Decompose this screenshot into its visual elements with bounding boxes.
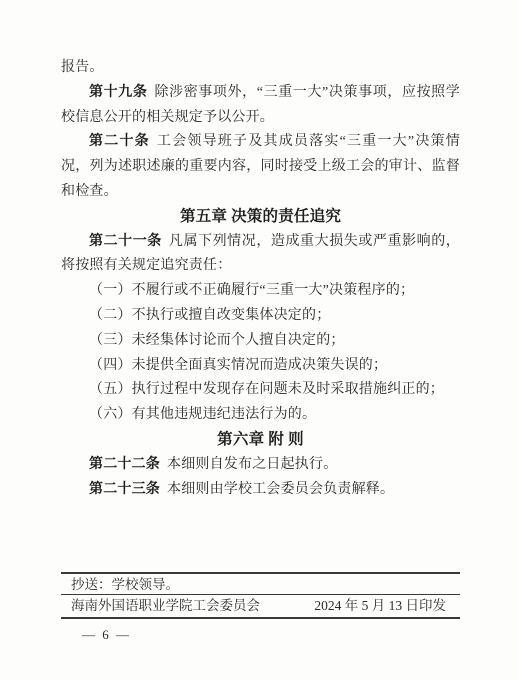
copy-to-row: 抄送：学校领导。 <box>61 574 460 595</box>
paragraph: （五）执行过程中发现存在问题未及时采取措施纠正的； <box>61 378 460 403</box>
page-number: — 6 — <box>82 627 131 643</box>
document-footer: 抄送：学校领导。 海南外国语职业学院工会委员会 2024 年 5 月 13 日印… <box>61 572 460 619</box>
article-number: 第二十三条 <box>89 482 160 497</box>
paragraph: 第二十条工会领导班子及其成员落实“三重一大”决策情况，列为述职述廉的重要内容，同… <box>61 130 460 204</box>
article-number: 第二十二条 <box>89 457 160 472</box>
paragraph: （三）未经集体讨论而个人擅自决定的； <box>61 329 460 354</box>
paragraph: 第十九条除涉密事项外，“三重一大”决策事项，应按照学校信息公开的相关规定予以公开… <box>61 81 460 131</box>
document-page: 报告。第十九条除涉密事项外，“三重一大”决策事项，应按照学校信息公开的相关规定予… <box>0 0 518 680</box>
paragraph: 第二十一条凡属下列情况，造成重大损失或严重影响的，将按照有关规定追究责任： <box>61 230 460 280</box>
print-date: 2024 年 5 月 13 日印发 <box>314 597 446 615</box>
paragraph: 第二十三条本细则由学校工会委员会负责解释。 <box>61 478 460 503</box>
article-number: 第十九条 <box>89 85 147 100</box>
issue-row: 海南外国语职业学院工会委员会 2024 年 5 月 13 日印发 <box>61 595 460 619</box>
paragraph: 报告。 <box>61 56 460 81</box>
issuing-organization: 海南外国语职业学院工会委员会 <box>71 597 260 615</box>
paragraph: （一）不履行或不正确履行“三重一大”决策程序的； <box>61 279 460 304</box>
paragraph: 第二十二条本细则自发布之日起执行。 <box>61 453 460 478</box>
chapter-heading: 第五章 决策的责任追究 <box>61 205 460 230</box>
article-number: 第二十条 <box>89 134 150 149</box>
document-body: 报告。第十九条除涉密事项外，“三重一大”决策事项，应按照学校信息公开的相关规定予… <box>61 56 460 502</box>
paragraph: （六）有其他违规违纪违法行为的。 <box>61 403 460 428</box>
copy-to-label: 抄送：学校领导。 <box>71 577 179 592</box>
article-number: 第二十一条 <box>89 234 162 249</box>
paragraph: （二）不执行或擅自改变集体决定的； <box>61 304 460 329</box>
paragraph: （四）未提供全面真实情况而造成决策失误的； <box>61 354 460 379</box>
chapter-heading: 第六章 附 则 <box>61 428 460 453</box>
